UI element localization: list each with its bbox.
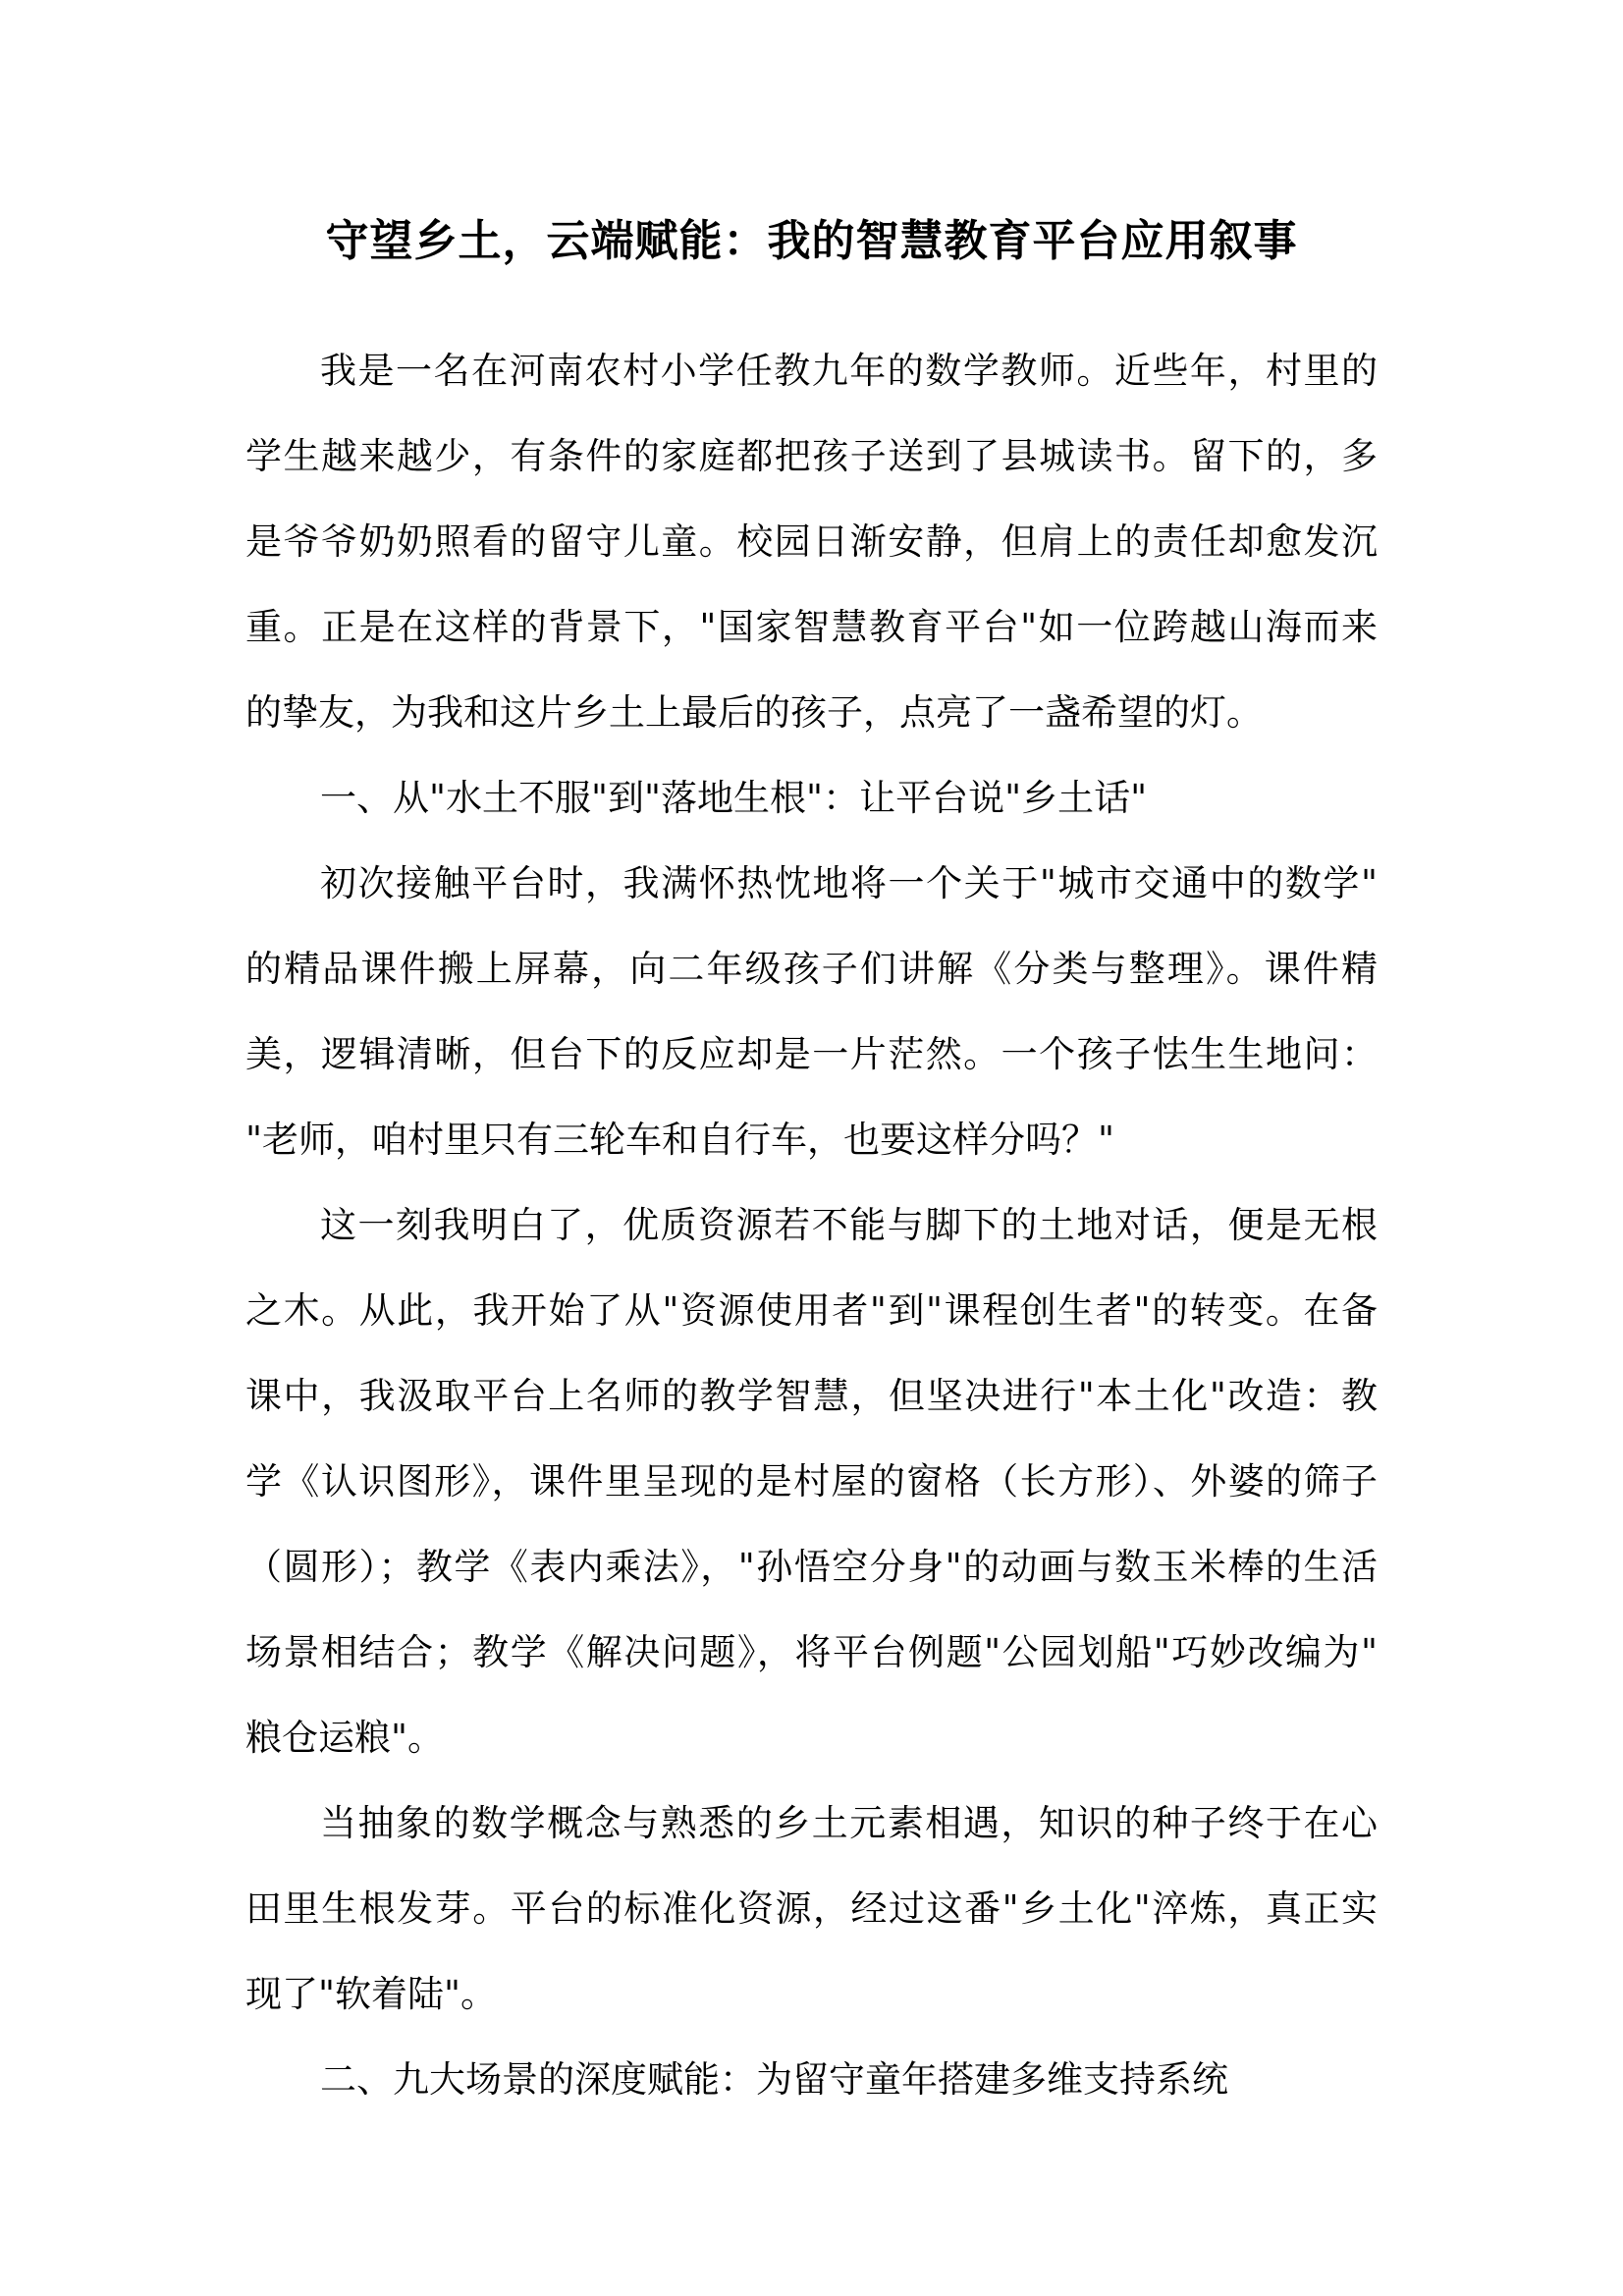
document-title: 守望乡土，云端赋能：我的智慧教育平台应用叙事: [245, 0, 1378, 273]
paragraph-line: 的挚友，为我和这片乡土上最后的孩子，点亮了一盏希望的灯。: [245, 670, 1378, 755]
paragraph-line: 我是一名在河南农村小学任教九年的数学教师。近些年，村里的: [245, 328, 1378, 413]
paragraph-line: 学生越来越少，有条件的家庭都把孩子送到了县城读书。留下的，多: [245, 413, 1378, 499]
paragraph-line: 重。正是在这样的背景下，"国家智慧教育平台"如一位跨越山海而来: [245, 584, 1378, 670]
document-page: 守望乡土，云端赋能：我的智慧教育平台应用叙事 我是一名在河南农村小学任教九年的数…: [0, 0, 1623, 2296]
paragraph-line: 现了"软着陆"。: [245, 1951, 1378, 2037]
paragraph-line: 之木。从此，我开始了从"资源使用者"到"课程创生者"的转变。在备: [245, 1268, 1378, 1353]
paragraph-line: 这一刻我明白了，优质资源若不能与脚下的土地对话，便是无根: [245, 1182, 1378, 1268]
paragraph-line: 当抽象的数学概念与熟悉的乡土元素相遇，知识的种子终于在心: [245, 1780, 1378, 1866]
section-heading-line: 二、九大场景的深度赋能：为留守童年搭建多维支持系统: [245, 2037, 1378, 2122]
section-heading-line: 一、从"水土不服"到"落地生根"：让平台说"乡土话": [245, 755, 1378, 841]
document-body: 我是一名在河南农村小学任教九年的数学教师。近些年，村里的学生越来越少，有条件的家…: [245, 328, 1378, 2122]
paragraph-line: （圆形）；教学《表内乘法》，"孙悟空分身"的动画与数玉米棒的生活: [245, 1524, 1378, 1610]
paragraph-line: 田里生根发芽。平台的标准化资源，经过这番"乡土化"淬炼，真正实: [245, 1866, 1378, 1951]
paragraph-line: "老师，咱村里只有三轮车和自行车，也要这样分吗？": [245, 1097, 1378, 1182]
paragraph-line: 课中，我汲取平台上名师的教学智慧，但坚决进行"本土化"改造：教: [245, 1353, 1378, 1439]
paragraph-line: 的精品课件搬上屏幕，向二年级孩子们讲解《分类与整理》。课件精: [245, 926, 1378, 1011]
paragraph-line: 粮仓运粮"。: [245, 1695, 1378, 1780]
paragraph-line: 场景相结合；教学《解决问题》，将平台例题"公园划船"巧妙改编为": [245, 1610, 1378, 1695]
paragraph-line: 是爷爷奶奶照看的留守儿童。校园日渐安静，但肩上的责任却愈发沉: [245, 499, 1378, 584]
paragraph-line: 学《认识图形》，课件里呈现的是村屋的窗格（长方形）、外婆的筛子: [245, 1439, 1378, 1524]
paragraph-line: 初次接触平台时，我满怀热忱地将一个关于"城市交通中的数学": [245, 841, 1378, 926]
paragraph-line: 美，逻辑清晰，但台下的反应却是一片茫然。一个孩子怯生生地问：: [245, 1011, 1378, 1097]
